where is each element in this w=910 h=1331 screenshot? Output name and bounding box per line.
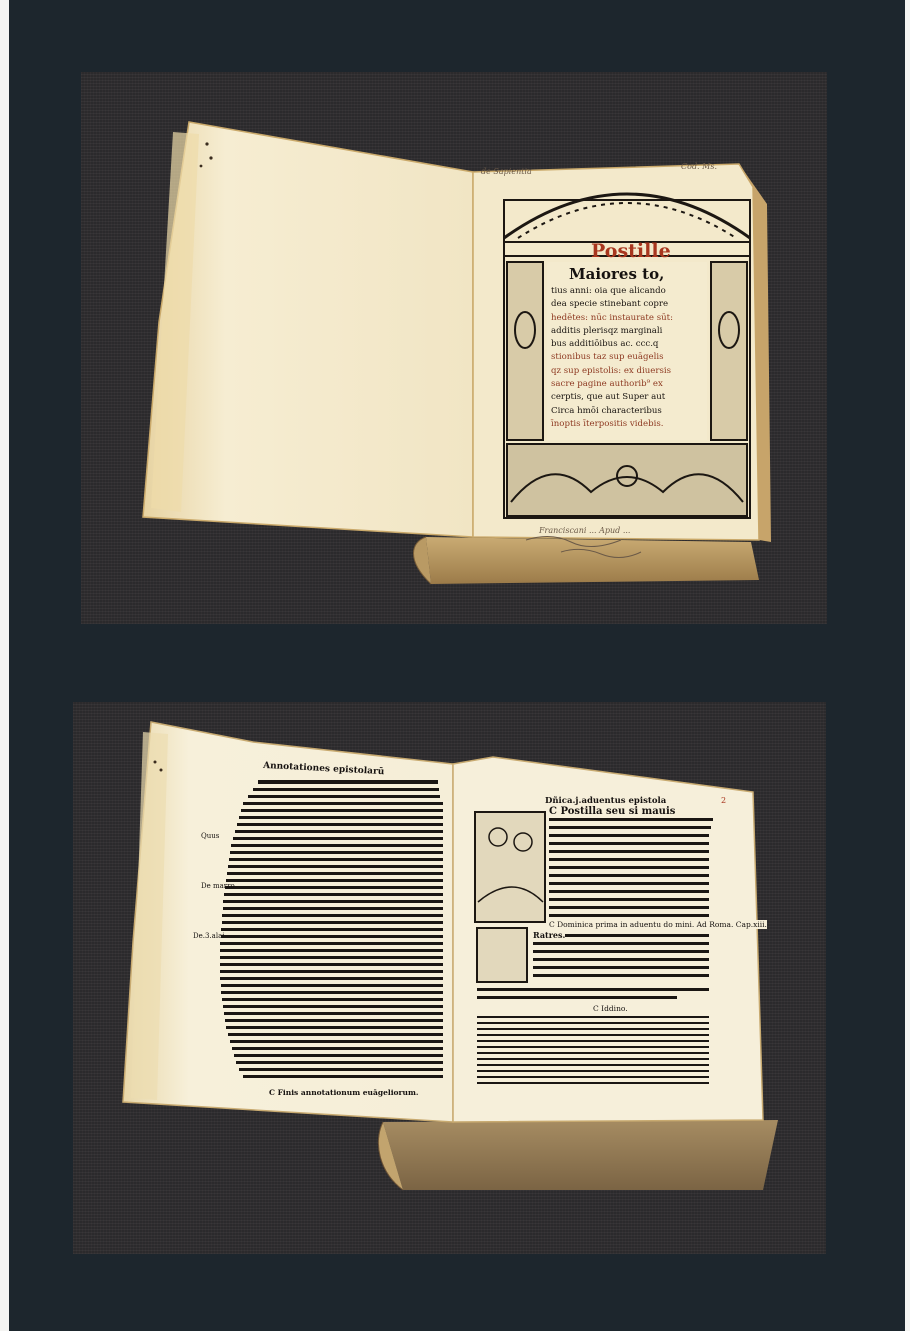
title-line: hedētes: nūc instaurate sūt: — [551, 312, 707, 325]
title-line: bus additiōibus ac. ccc.q — [551, 338, 707, 351]
section-heading: C Dominica prima in aduentu do mini. Ad … — [549, 920, 767, 929]
left-page-text — [220, 780, 443, 1078]
margin-note: De.3.alai — [193, 932, 224, 940]
title-line: tius anni: oia que alicando — [551, 285, 707, 298]
title-line: additis plerisqz marginali — [551, 325, 707, 338]
margin-note: De marro — [201, 882, 235, 890]
title-line: qz sup epistolis: ex diuersis — [551, 365, 707, 378]
title-line: dea specie stinebant copre — [551, 298, 707, 311]
right-margin-strip — [905, 0, 910, 1331]
handwritten-note-right: Cod. Ms. — [681, 162, 717, 171]
title-page-title: Postille — [591, 240, 671, 262]
title-line: īnoptis īterpositis videbis. — [551, 418, 707, 431]
right-page-running-head: Dñica.j.aduentus epistola — [545, 796, 666, 806]
title-line: stionibus taz sup euāgelis — [551, 351, 707, 364]
title-line: sacre pagine authorib⁹ ex — [551, 378, 707, 391]
open-book-illustration — [81, 72, 827, 624]
open-book-illustration — [73, 702, 826, 1254]
handwritten-note-left: de Sapientia — [481, 167, 532, 176]
title-page-text-block: tius anni: oia que alicando dea specie s… — [551, 285, 707, 431]
handwritten-signature: Franciscani ... Apud ... — [539, 526, 630, 535]
first-word: Ratres. — [533, 930, 565, 940]
photo-top-panel: Postille Maiores to, de Sapientia Cod. M… — [81, 72, 827, 624]
photo-bottom-panel: Annotationes epistolarū Quus De marro De… — [73, 702, 826, 1254]
left-margin-strip — [0, 0, 9, 1331]
title-line: cerptis, que aut Super aut — [551, 391, 707, 404]
title-page-subtitle: Maiores to, — [569, 265, 664, 283]
left-page-closing-line: C Finis annotationum euāgeliorum. — [269, 1088, 419, 1097]
right-page-opening: C Postilla seu si mauis — [549, 806, 675, 817]
subheading: C Iddino. — [593, 1004, 628, 1013]
margin-note: Quus — [201, 832, 219, 840]
folio-number: 2 — [721, 796, 726, 805]
title-line: Circa hmōi characteribus — [551, 405, 707, 418]
